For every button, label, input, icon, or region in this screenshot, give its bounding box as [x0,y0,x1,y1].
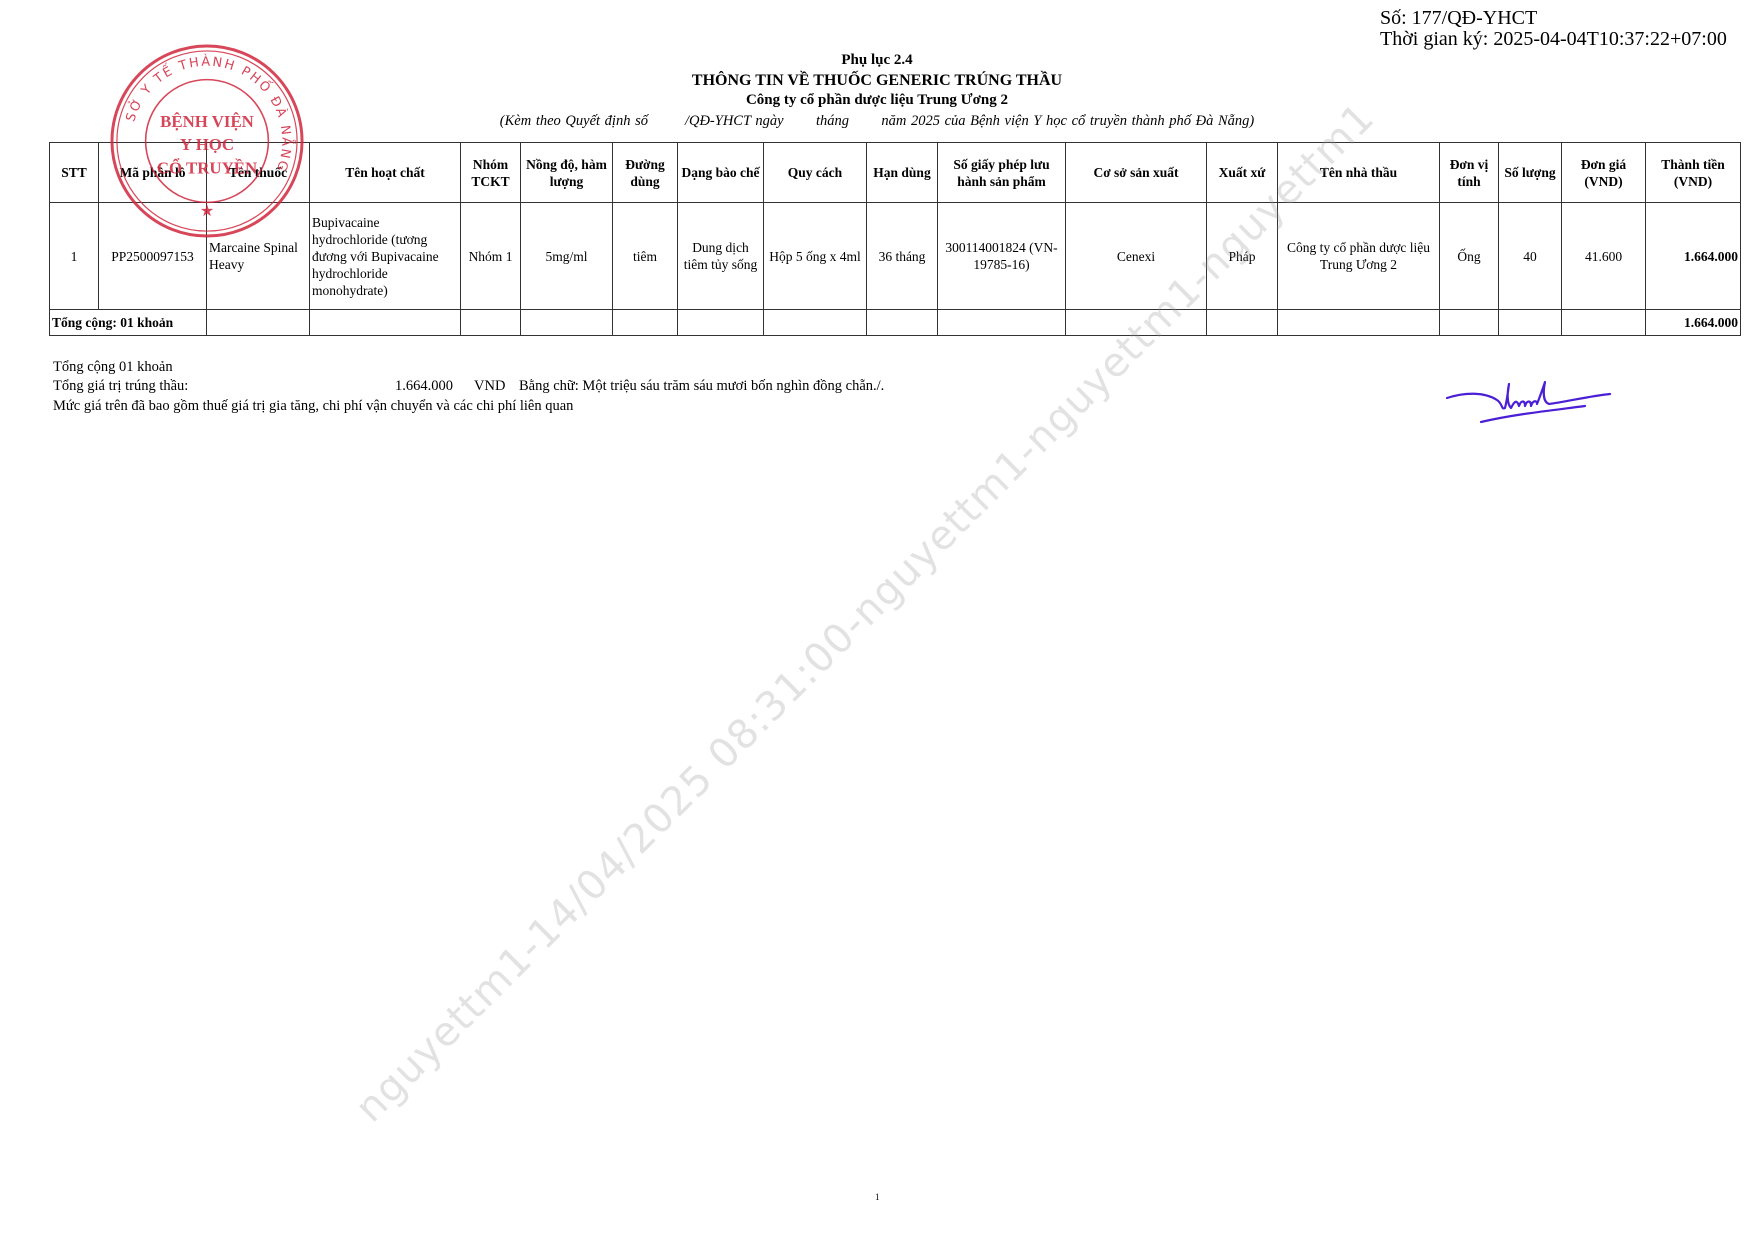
cell-unit-price: 41.600 [1562,203,1646,310]
svg-text:CỔ TRUYỀN: CỔ TRUYỀN [157,158,257,178]
cell-license: 300114001824 (VN-19785-16) [938,203,1066,310]
col-header: Dạng bào chế [678,143,764,203]
col-header: Cơ sở sản xuất [1066,143,1207,203]
official-stamp-icon: SỞ Y TẾ THÀNH PHỐ ĐÀ NẴNG BỆNH VIỆN Y HỌ… [108,42,306,240]
col-header: Hạn dùng [867,143,938,203]
col-header: Đơn vị tính [1440,143,1499,203]
total-amount: 1.664.000 [1646,310,1741,336]
svg-text:★: ★ [200,203,214,220]
col-header: Đường dùng [613,143,678,203]
summary-in-words: Bằng chữ: Một triệu sáu trăm sáu mươi bố… [519,378,884,395]
cell-concentration: 5mg/ml [521,203,613,310]
summary-count: Tổng cộng 01 khoản [53,359,173,376]
summary-currency: VND [474,378,505,395]
summary-total-label: Tổng giá trị trúng thầu: [53,378,188,394]
page-number: 1 [875,1192,880,1202]
cell-unit: Ống [1440,203,1499,310]
summary-total-line: Tổng giá trị trúng thầu: 1.664.000 VND B… [53,378,188,395]
digital-signature-info: Số: 177/QĐ-YHCT Thời gian ký: 2025-04-04… [1380,8,1727,50]
cell-contractor: Công ty cổ phần dược liệu Trung Ương 2 [1278,203,1440,310]
col-header: Đơn giá (VND) [1562,143,1646,203]
col-header: Thành tiền (VND) [1646,143,1741,203]
cell-group: Nhóm 1 [461,203,521,310]
col-header: Số giấy phép lưu hành sản phẩm [938,143,1066,203]
cell-origin: Pháp [1207,203,1278,310]
cell-quantity: 40 [1499,203,1562,310]
cell-active-ingredient: Bupivacaine hydrochloride (tương đương v… [310,203,461,310]
col-header: Nồng độ, hàm lượng [521,143,613,203]
cell-shelf-life: 36 tháng [867,203,938,310]
col-header: Xuất xứ [1207,143,1278,203]
cell-stt: 1 [50,203,99,310]
col-header: Tên nhà thầu [1278,143,1440,203]
cell-route: tiêm [613,203,678,310]
col-header: STT [50,143,99,203]
table-total-row: Tổng cộng: 01 khoản 1.664.000 [50,310,1741,336]
signature-icon [1445,370,1615,430]
cell-amount: 1.664.000 [1646,203,1741,310]
col-header: Tên hoạt chất [310,143,461,203]
svg-text:Y HỌC: Y HỌC [180,135,234,154]
summary-total-amount: 1.664.000 [395,378,453,395]
total-label: Tổng cộng: 01 khoản [50,310,207,336]
col-header: Nhóm TCKT [461,143,521,203]
cell-dosage-form: Dung dịch tiêm tủy sống [678,203,764,310]
signed-time: Thời gian ký: 2025-04-04T10:37:22+07:00 [1380,29,1727,50]
document-number: Số: 177/QĐ-YHCT [1380,8,1727,29]
svg-text:BỆNH VIỆN: BỆNH VIỆN [160,112,254,131]
col-header: Quy cách [764,143,867,203]
cell-packaging: Hộp 5 ống x 4ml [764,203,867,310]
summary-price-note: Mức giá trên đã bao gồm thuế giá trị gia… [53,398,573,415]
cell-manufacturer: Cenexi [1066,203,1207,310]
col-header: Số lượng [1499,143,1562,203]
